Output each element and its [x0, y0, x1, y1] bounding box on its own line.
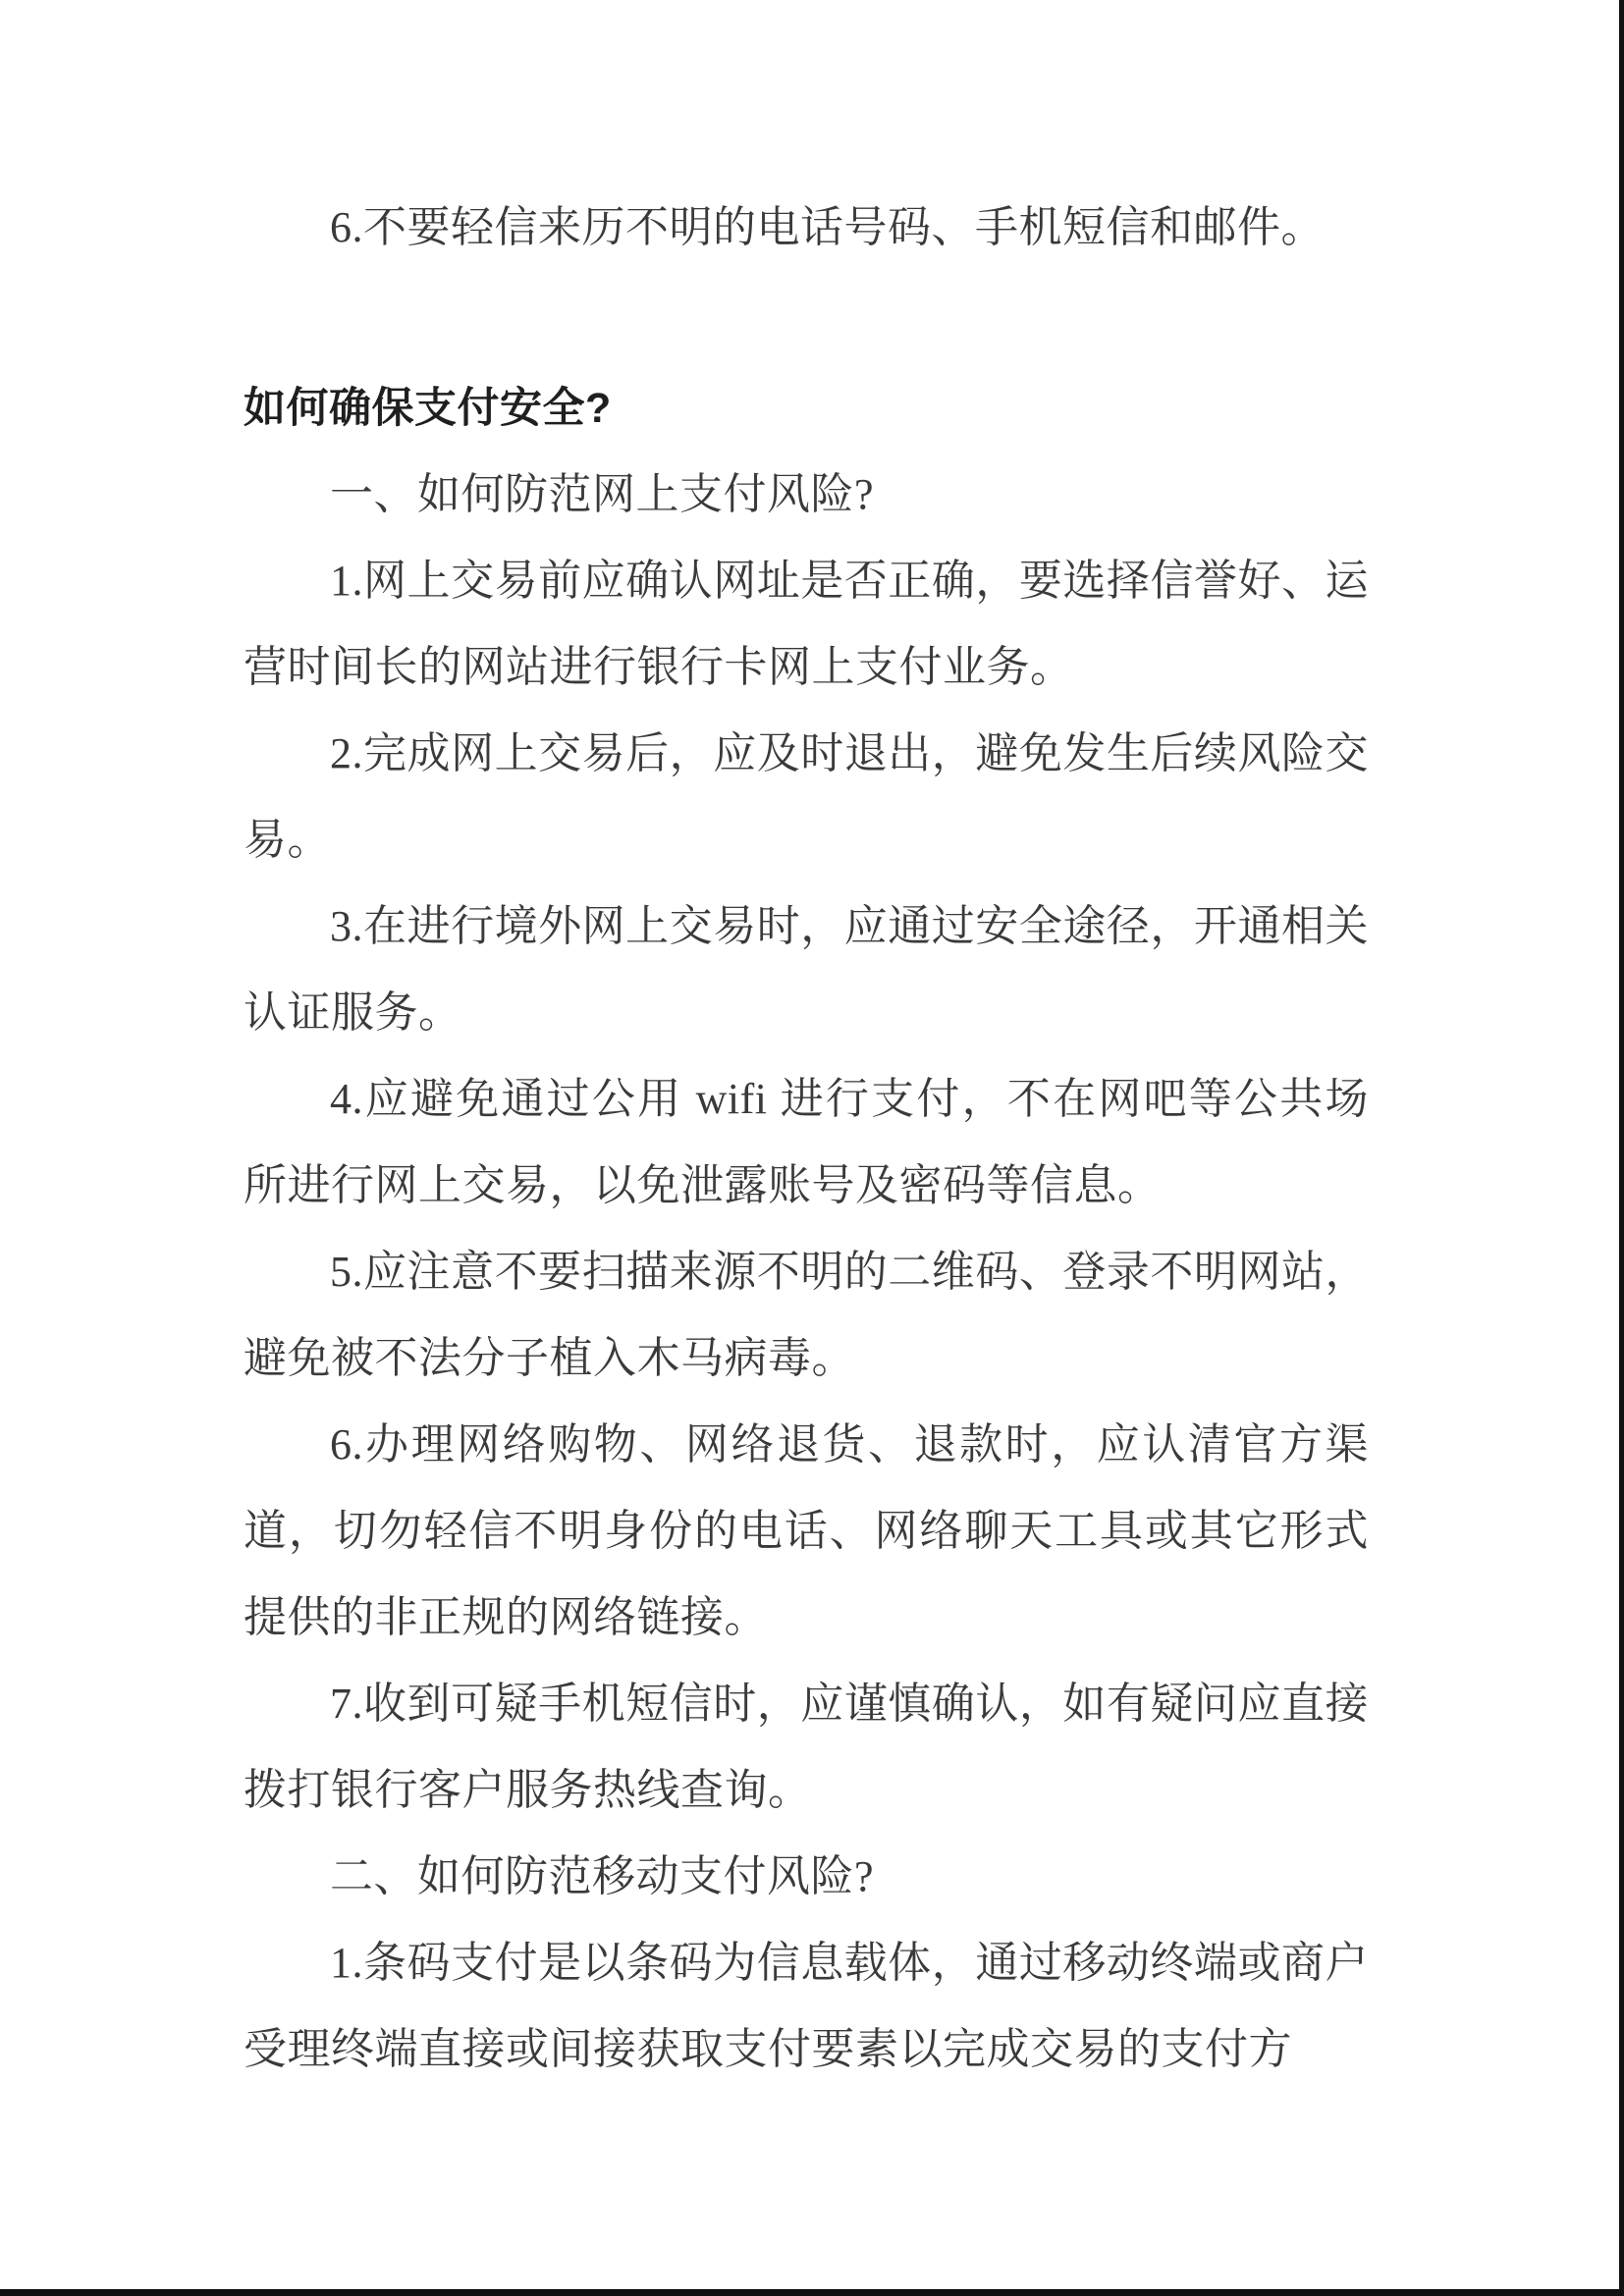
page-edge-bottom [0, 2289, 1624, 2296]
section-1-item-1: 1.网上交易前应确认网址是否正确，要选择信誉好、运营时间长的网站进行银行卡网上支… [244, 538, 1369, 711]
section-1-item-5: 5.应注意不要扫描来源不明的二维码、登录不明网站，避免被不法分子植入木马病毒。 [244, 1229, 1369, 1402]
document-page: 6.不要轻信来历不明的电话号码、手机短信和邮件。 如何确保支付安全? 一、如何防… [0, 0, 1624, 2296]
page-edge-right [1619, 0, 1624, 2296]
section-1-title: 一、如何防范网上支付风险? [244, 452, 1369, 538]
section-1-item-4: 4.应避免通过公用 wifi 进行支付，不在网吧等公共场所进行网上交易，以免泄露… [244, 1056, 1369, 1229]
intro-paragraph: 6.不要轻信来历不明的电话号码、手机短信和邮件。 [244, 185, 1369, 271]
section-2-item-1: 1.条码支付是以条码为信息载体，通过移动终端或商户受理终端直接或间接获取支付要素… [244, 1920, 1369, 2093]
section-1-item-7: 7.收到可疑手机短信时，应谨慎确认，如有疑问应直接拨打银行客户服务热线查询。 [244, 1661, 1369, 1834]
section-1-item-2: 2.完成网上交易后，应及时退出，避免发生后续风险交易。 [244, 711, 1369, 883]
document-heading: 如何确保支付安全? [244, 365, 1369, 452]
document-text-block: 6.不要轻信来历不明的电话号码、手机短信和邮件。 如何确保支付安全? 一、如何防… [244, 185, 1369, 2093]
section-1-item-3: 3.在进行境外网上交易时，应通过安全途径，开通相关认证服务。 [244, 883, 1369, 1056]
section-1-item-6: 6.办理网络购物、网络退货、退款时，应认清官方渠道，切勿轻信不明身份的电话、网络… [244, 1402, 1369, 1661]
section-2-title: 二、如何防范移动支付风险? [244, 1834, 1369, 1920]
